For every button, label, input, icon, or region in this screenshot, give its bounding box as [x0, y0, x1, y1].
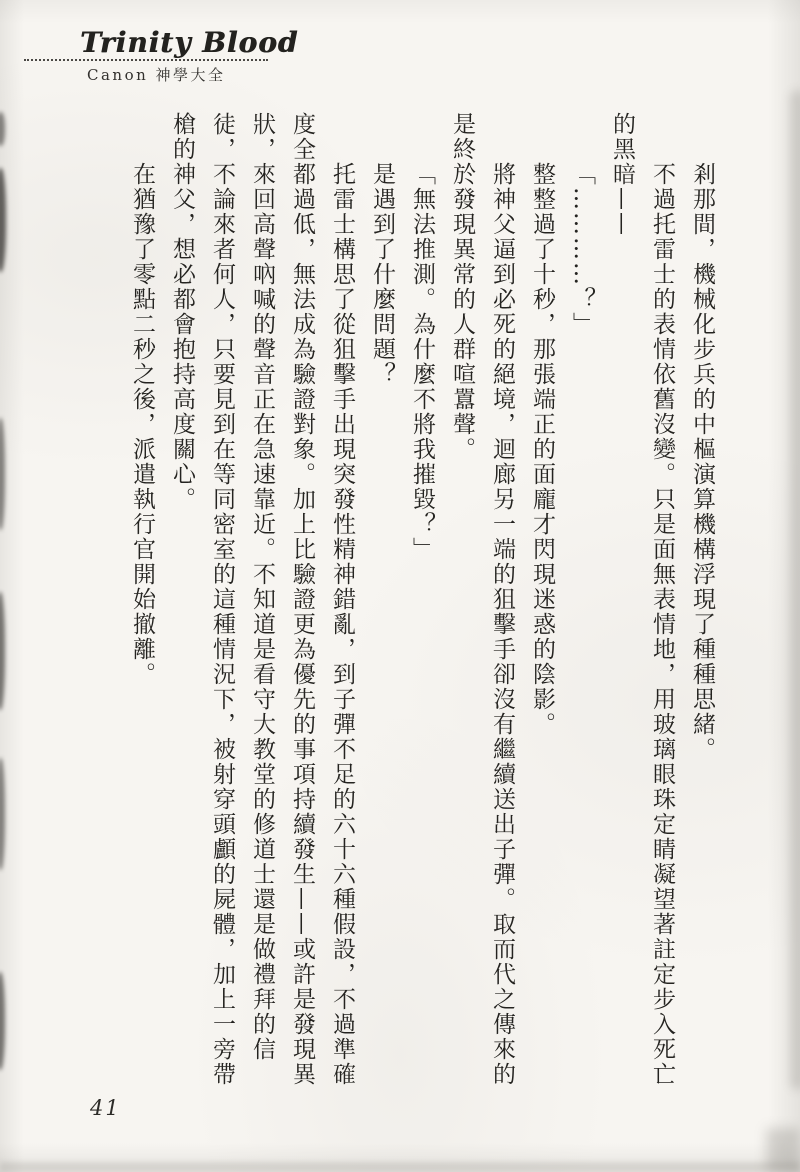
page-header: Trinity Blood Canon 神學大全: [0, 0, 320, 100]
scanned-book-page: Trinity Blood Canon 神學大全 剎那間，機械化步兵的中樞演算機…: [0, 0, 800, 1172]
scan-artifact-right-edge: [790, 90, 800, 1090]
paragraph-1: 剎那間，機械化步兵的中樞演算機構浮現了種種思緒。: [682, 112, 722, 1104]
paragraph-3-dialogue: 「…………？」: [562, 112, 602, 1104]
scan-artifact-bottom-edge: [0, 1162, 800, 1172]
paragraph-7: 是遇到了什麼問題？: [362, 112, 402, 1104]
paragraph-5: 將神父逼到必死的絕境，迴廊另一端的狙擊手卻沒有繼續送出子彈。取而代之傳來的是終於…: [442, 112, 522, 1104]
paragraph-2: 不過托雷士的表情依舊沒變。只是面無表情地，用玻璃眼珠定睛凝望著註定步入死亡的黑暗…: [602, 112, 682, 1104]
scan-artifact-left-edge: [0, 592, 5, 710]
header-divider: [24, 59, 268, 61]
paragraph-8: 托雷士構思了從狙擊手出現突發性精神錯亂，到子彈不足的六十六種假設，不過準確度全都…: [162, 112, 362, 1104]
header-subtitle: Canon 神學大全: [87, 64, 226, 85]
novel-body-text: 剎那間，機械化步兵的中樞演算機構浮現了種種思緒。 不過托雷士的表情依舊沒變。只是…: [122, 112, 722, 1104]
scan-artifact-left-edge: [0, 972, 5, 1070]
paragraph-4: 整整過了十秒，那張端正的面龐才閃現迷惑的陰影。: [522, 112, 562, 1104]
paragraph-9: 在猶豫了零點二秒之後，派遣執行官開始撤離。: [122, 112, 162, 1104]
series-title: Trinity Blood: [80, 26, 298, 59]
page-number: 41: [90, 1096, 121, 1120]
paragraph-6-dialogue: 「無法推測。為什麼不將我摧毀？」: [402, 112, 442, 1104]
scan-artifact-left-edge: [0, 758, 5, 870]
scan-artifact-left-edge: [0, 168, 6, 272]
scan-artifact-left-edge: [0, 418, 5, 530]
scan-artifact-left-edge: [0, 112, 5, 146]
